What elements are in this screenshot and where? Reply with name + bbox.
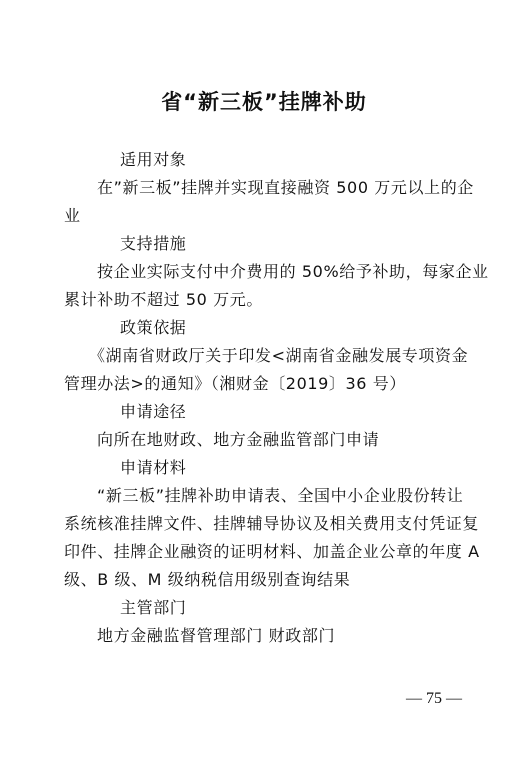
paragraph-line: 地方金融监督管理部门 财政部门 <box>97 626 335 646</box>
page-number: — 75 — <box>406 690 462 708</box>
paragraph-line: 累计补助不超过 50 万元。 <box>64 290 263 310</box>
section-heading-application-channel: 申请途径 <box>120 402 186 422</box>
section-heading-support-measures: 支持措施 <box>120 234 186 254</box>
paragraph-line: 业 <box>64 206 81 226</box>
paragraph-line: “新三板”挂牌补助申请表、全国中小企业股份转让 <box>97 486 463 506</box>
paragraph-line: 系统核准挂牌文件、挂牌辅导协议及相关费用支付凭证复 <box>64 514 479 534</box>
paragraph-line: 管理办法>的通知》（湘财金〔2019〕36 号） <box>64 374 406 394</box>
paragraph-line: 级、B 级、M 级纳税信用级别查询结果 <box>64 570 350 590</box>
page-title: 省“新三板”挂牌补助 <box>0 86 528 116</box>
paragraph-line: 向所在地财政、地方金融监管部门申请 <box>97 430 379 450</box>
section-heading-policy-basis: 政策依据 <box>120 318 186 338</box>
section-heading-competent-department: 主管部门 <box>120 598 186 618</box>
document-page: 省“新三板”挂牌补助 适用对象 在”新三板”挂牌并实现直接融资 500 万元以上… <box>0 0 528 767</box>
paragraph-line: 印件、挂牌企业融资的证明材料、加盖企业公章的年度 A <box>64 542 480 562</box>
paragraph-line: 按企业实际支付中介费用的 50%给予补助，每家企业 <box>97 262 489 282</box>
paragraph-line: 《湖南省财政厅关于印发<湖南省金融发展专项资金 <box>89 346 468 366</box>
section-heading-application-materials: 申请材料 <box>120 458 186 478</box>
section-heading-applicable-targets: 适用对象 <box>120 150 186 170</box>
paragraph-line: 在”新三板”挂牌并实现直接融资 500 万元以上的企 <box>97 178 474 198</box>
